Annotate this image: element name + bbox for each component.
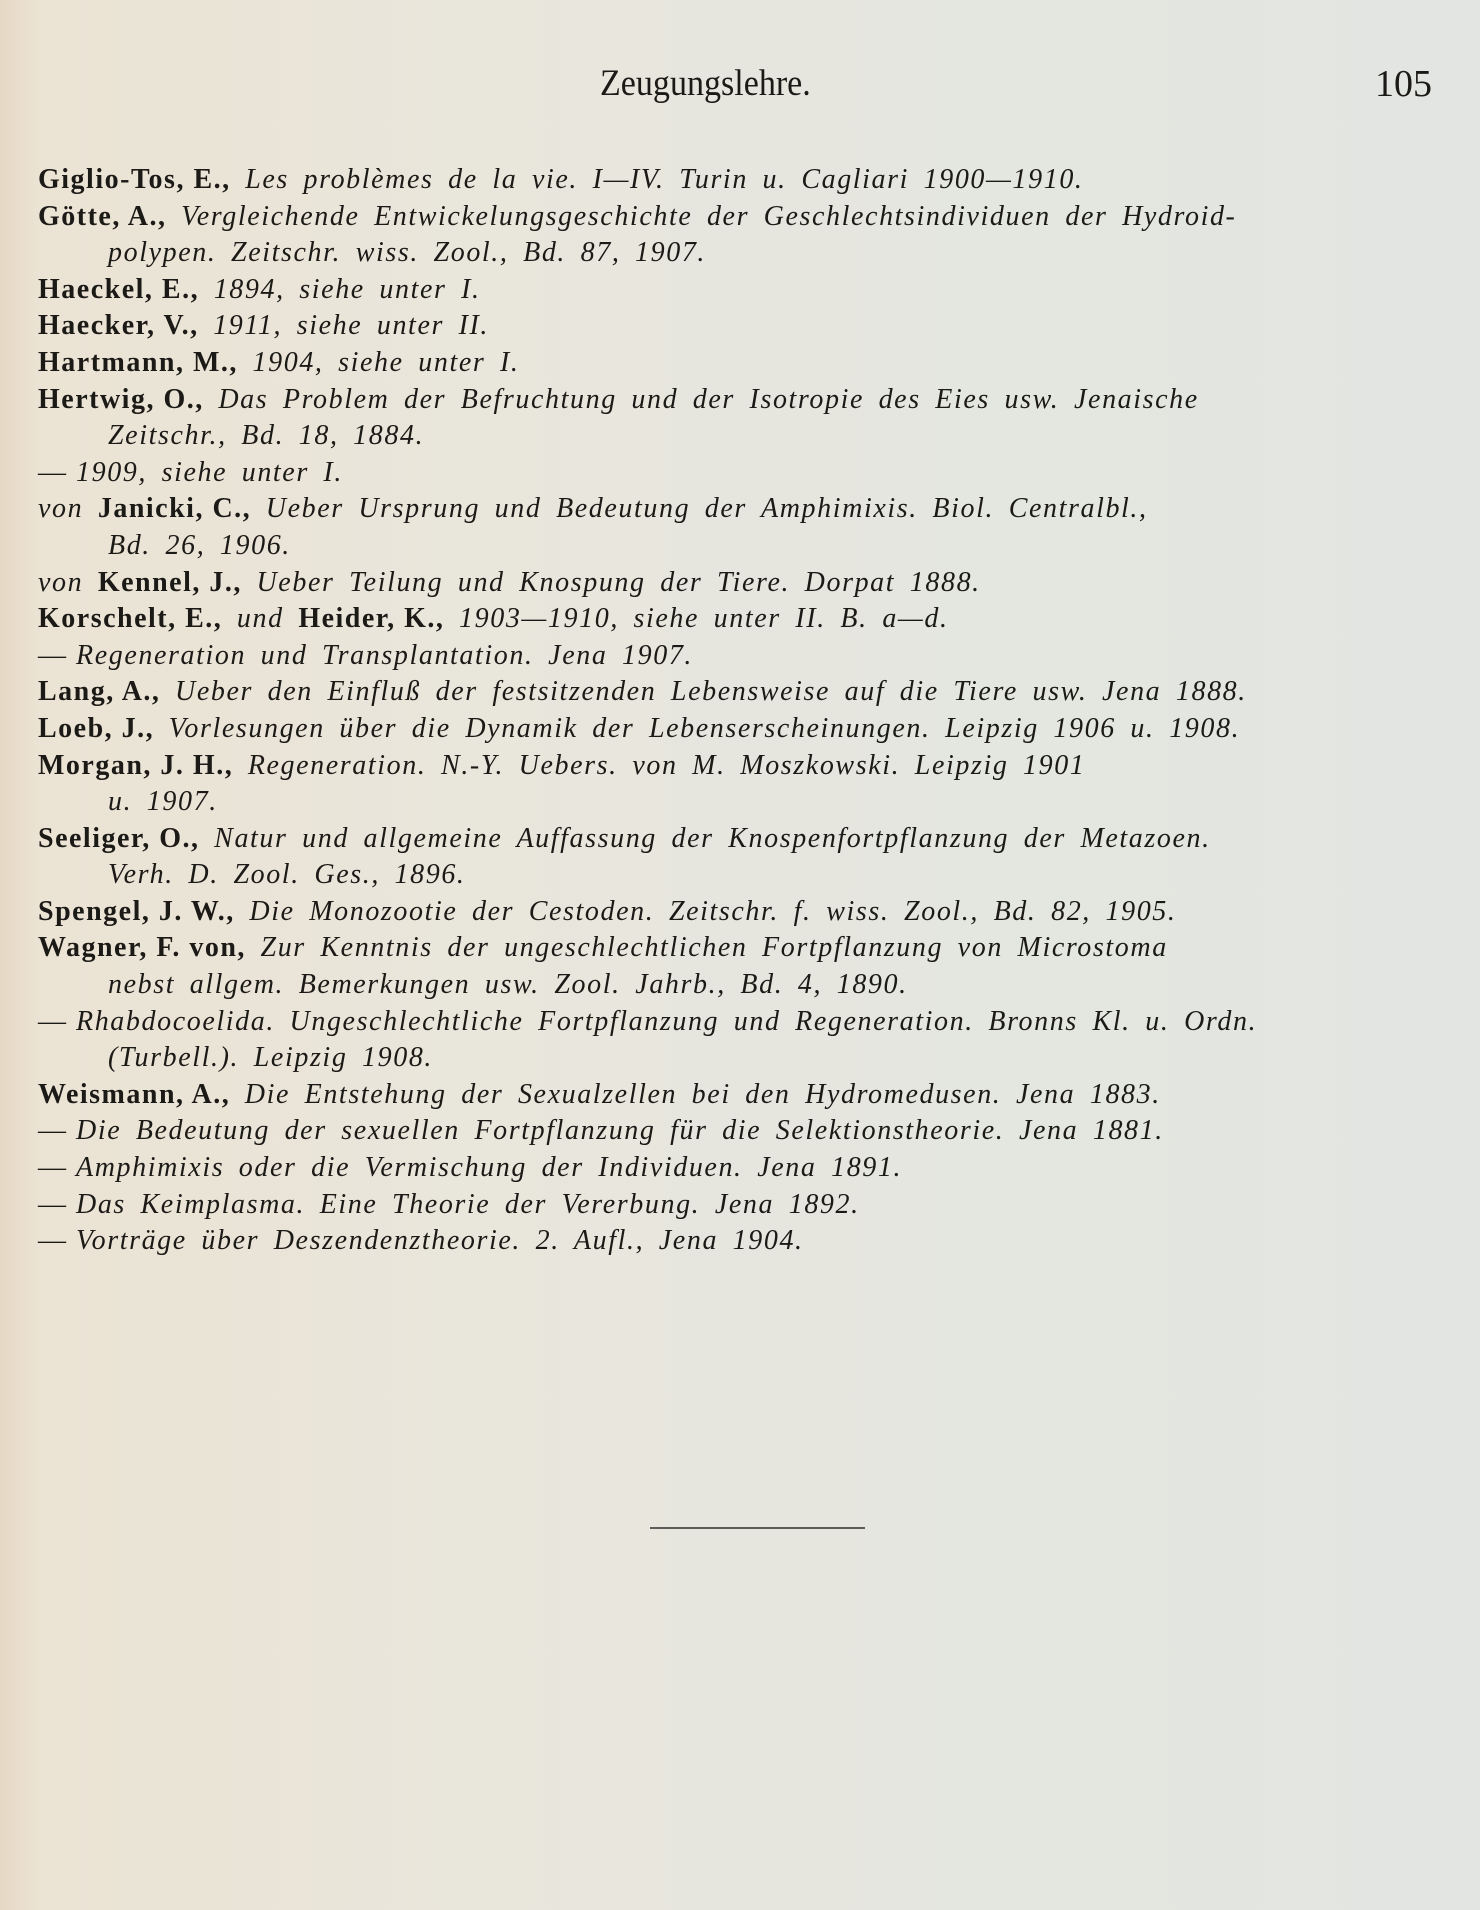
citation-text: nebst allgem. Bemerkungen usw. Zool. Jah… <box>108 969 908 1000</box>
citation-text: Vergleichende Entwickelungsgeschichte de… <box>167 201 1237 232</box>
author-prefix: von <box>38 493 98 524</box>
bibliography-entry: Hartmann, M., 1904, siehe unter I. <box>38 345 1448 382</box>
citation-text: Regeneration und Transplantation. Jena 1… <box>76 640 693 671</box>
bibliography-entry: —Vorträge über Deszendenztheorie. 2. Auf… <box>38 1223 1448 1260</box>
ditto-dash: — <box>38 1225 66 1256</box>
entry-continuation-line: Verh. D. Zool. Ges., 1896. <box>38 857 1448 894</box>
book-page: Zeugungslehre. 105 Giglio-Tos, E., Les p… <box>0 0 1480 1910</box>
bibliography-entry: von Kennel, J., Ueber Teilung und Knospu… <box>38 565 1448 602</box>
entry-first-line: Weismann, A., Die Entstehung der Sexualz… <box>38 1077 1448 1114</box>
entry-continuation-line: Bd. 26, 1906. <box>38 528 1448 565</box>
entry-first-line: Seeliger, O., Natur und allgemeine Auffa… <box>38 821 1448 858</box>
entry-continuation-line: Zeitschr., Bd. 18, 1884. <box>38 418 1448 455</box>
citation-text: Bd. 26, 1906. <box>108 530 291 561</box>
entry-continuation-line: u. 1907. <box>38 784 1448 821</box>
citation-text: Die Entstehung der Sexualzellen bei den … <box>230 1079 1161 1110</box>
bibliography-entry: Spengel, J. W., Die Monozootie der Cesto… <box>38 894 1448 931</box>
citation-text: 1909, siehe unter I. <box>76 457 343 488</box>
ditto-dash: — <box>38 1189 66 1220</box>
author-name: Heider, K., <box>298 603 444 634</box>
entry-first-line: —Rhabdocoelida. Ungeschlechtliche Fortpf… <box>38 1004 1448 1041</box>
citation-text: polypen. Zeitschr. wiss. Zool., Bd. 87, … <box>108 237 706 268</box>
page-number: 105 <box>1375 62 1432 106</box>
author-name: Giglio-Tos, E., <box>38 164 231 195</box>
citation-text: Les problèmes de la vie. I—IV. Turin u. … <box>231 164 1084 195</box>
citation-text: Die Monozootie der Cestoden. Zeitschr. f… <box>235 896 1177 927</box>
end-rule-divider <box>650 1527 865 1529</box>
citation-text: Regeneration. N.-Y. Uebers. von M. Moszk… <box>233 750 1085 781</box>
citation-text: Amphimixis oder die Vermischung der Indi… <box>76 1152 902 1183</box>
entry-first-line: Korschelt, E., und Heider, K., 1903—1910… <box>38 601 1448 638</box>
bibliography-entry: Götte, A., Vergleichende Entwickelungsge… <box>38 199 1448 272</box>
entry-first-line: —Regeneration und Transplantation. Jena … <box>38 638 1448 675</box>
citation-text: Das Keimplasma. Eine Theorie der Vererbu… <box>76 1189 860 1220</box>
bibliography-entry: —1909, siehe unter I. <box>38 455 1448 492</box>
bibliography-entry: Hertwig, O., Das Problem der Befruchtung… <box>38 382 1448 455</box>
author-name: Hertwig, O., <box>38 384 204 415</box>
citation-text: Rhabdocoelida. Ungeschlechtliche Fortpfl… <box>76 1006 1257 1037</box>
author-name: Kennel, J., <box>98 567 242 598</box>
citation-text: 1904, siehe unter I. <box>238 347 520 378</box>
author-name: Weismann, A., <box>38 1079 230 1110</box>
author-name: Hartmann, M., <box>38 347 238 378</box>
bibliography-entry: Loeb, J., Vorlesungen über die Dynamik d… <box>38 711 1448 748</box>
author-name: Morgan, J. H., <box>38 750 233 781</box>
citation-text: Ueber Ursprung und Bedeutung der Amphimi… <box>251 493 1147 524</box>
author-name: Lang, A., <box>38 676 160 707</box>
bibliography-entry: von Janicki, C., Ueber Ursprung und Bede… <box>38 491 1448 564</box>
entry-first-line: von Kennel, J., Ueber Teilung und Knospu… <box>38 565 1448 602</box>
author-name: Haeckel, E., <box>38 274 199 305</box>
entry-continuation-line: (Turbell.). Leipzig 1908. <box>38 1040 1448 1077</box>
entry-first-line: Wagner, F. von, Zur Kenntnis der ungesch… <box>38 930 1448 967</box>
citation-text: Natur und allgemeine Auffassung der Knos… <box>200 823 1211 854</box>
author-name: Korschelt, E., <box>38 603 222 634</box>
entry-first-line: —Vorträge über Deszendenztheorie. 2. Auf… <box>38 1223 1448 1260</box>
entry-first-line: Haecker, V., 1911, siehe unter II. <box>38 308 1448 345</box>
entry-continuation-line: polypen. Zeitschr. wiss. Zool., Bd. 87, … <box>38 235 1448 272</box>
author-name: Janicki, C., <box>98 493 251 524</box>
bibliography-entry: Korschelt, E., und Heider, K., 1903—1910… <box>38 601 1448 638</box>
author-name: Wagner, F. von, <box>38 932 246 963</box>
citation-text: Ueber Teilung und Knospung der Tiere. Do… <box>242 567 981 598</box>
citation-text: 1903—1910, siehe unter II. B. a—d. <box>444 603 948 634</box>
author-name: Haecker, V., <box>38 310 199 341</box>
bibliography-entry: Haecker, V., 1911, siehe unter II. <box>38 308 1448 345</box>
citation-text: Das Problem der Befruchtung und der Isot… <box>204 384 1199 415</box>
ditto-dash: — <box>38 640 66 671</box>
running-title: Zeugungslehre. <box>600 62 811 105</box>
bibliography-list: Giglio-Tos, E., Les problèmes de la vie.… <box>38 162 1448 1260</box>
running-head: Zeugungslehre. 105 <box>0 62 1480 112</box>
bibliography-entry: Seeliger, O., Natur und allgemeine Auffa… <box>38 821 1448 894</box>
ditto-dash: — <box>38 457 66 488</box>
author-conjunction: und <box>222 603 298 634</box>
author-name: Spengel, J. W., <box>38 896 235 927</box>
bibliography-entry: —Regeneration und Transplantation. Jena … <box>38 638 1448 675</box>
citation-text: (Turbell.). Leipzig 1908. <box>108 1042 433 1073</box>
author-name: Loeb, J., <box>38 713 154 744</box>
entry-first-line: Götte, A., Vergleichende Entwickelungsge… <box>38 199 1448 236</box>
citation-text: Vorlesungen über die Dynamik der Lebense… <box>154 713 1240 744</box>
entry-first-line: Haeckel, E., 1894, siehe unter I. <box>38 272 1448 309</box>
citation-text: u. 1907. <box>108 786 218 817</box>
entry-continuation-line: nebst allgem. Bemerkungen usw. Zool. Jah… <box>38 967 1448 1004</box>
entry-first-line: Giglio-Tos, E., Les problèmes de la vie.… <box>38 162 1448 199</box>
author-prefix: von <box>38 567 98 598</box>
citation-text: 1911, siehe unter II. <box>199 310 489 341</box>
bibliography-entry: —Das Keimplasma. Eine Theorie der Vererb… <box>38 1187 1448 1224</box>
entry-first-line: —Die Bedeutung der sexuellen Fortpflanzu… <box>38 1113 1448 1150</box>
entry-first-line: Lang, A., Ueber den Einfluß der festsitz… <box>38 674 1448 711</box>
citation-text: Verh. D. Zool. Ges., 1896. <box>108 859 466 890</box>
bibliography-entry: Weismann, A., Die Entstehung der Sexualz… <box>38 1077 1448 1114</box>
entry-first-line: Morgan, J. H., Regeneration. N.-Y. Ueber… <box>38 748 1448 785</box>
citation-text: Zur Kenntnis der ungeschlechtlichen Fort… <box>246 932 1168 963</box>
ditto-dash: — <box>38 1006 66 1037</box>
bibliography-entry: Lang, A., Ueber den Einfluß der festsitz… <box>38 674 1448 711</box>
citation-text: Ueber den Einfluß der festsitzenden Lebe… <box>160 676 1246 707</box>
bibliography-entry: —Rhabdocoelida. Ungeschlechtliche Fortpf… <box>38 1004 1448 1077</box>
citation-text: Zeitschr., Bd. 18, 1884. <box>108 420 424 451</box>
ditto-dash: — <box>38 1152 66 1183</box>
citation-text: 1894, siehe unter I. <box>199 274 481 305</box>
bibliography-entry: Haeckel, E., 1894, siehe unter I. <box>38 272 1448 309</box>
entry-first-line: Loeb, J., Vorlesungen über die Dynamik d… <box>38 711 1448 748</box>
citation-text: Vorträge über Deszendenztheorie. 2. Aufl… <box>76 1225 804 1256</box>
ditto-dash: — <box>38 1115 66 1146</box>
author-name: Götte, A., <box>38 201 167 232</box>
entry-first-line: Hertwig, O., Das Problem der Befruchtung… <box>38 382 1448 419</box>
entry-first-line: —1909, siehe unter I. <box>38 455 1448 492</box>
entry-first-line: —Amphimixis oder die Vermischung der Ind… <box>38 1150 1448 1187</box>
citation-text: Die Bedeutung der sexuellen Fortpflanzun… <box>76 1115 1164 1146</box>
entry-first-line: —Das Keimplasma. Eine Theorie der Vererb… <box>38 1187 1448 1224</box>
entry-first-line: Hartmann, M., 1904, siehe unter I. <box>38 345 1448 382</box>
bibliography-entry: —Amphimixis oder die Vermischung der Ind… <box>38 1150 1448 1187</box>
bibliography-entry: Giglio-Tos, E., Les problèmes de la vie.… <box>38 162 1448 199</box>
bibliography-entry: Wagner, F. von, Zur Kenntnis der ungesch… <box>38 930 1448 1003</box>
entry-first-line: Spengel, J. W., Die Monozootie der Cesto… <box>38 894 1448 931</box>
entry-first-line: von Janicki, C., Ueber Ursprung und Bede… <box>38 491 1448 528</box>
bibliography-entry: —Die Bedeutung der sexuellen Fortpflanzu… <box>38 1113 1448 1150</box>
bibliography-entry: Morgan, J. H., Regeneration. N.-Y. Ueber… <box>38 748 1448 821</box>
author-name: Seeliger, O., <box>38 823 200 854</box>
